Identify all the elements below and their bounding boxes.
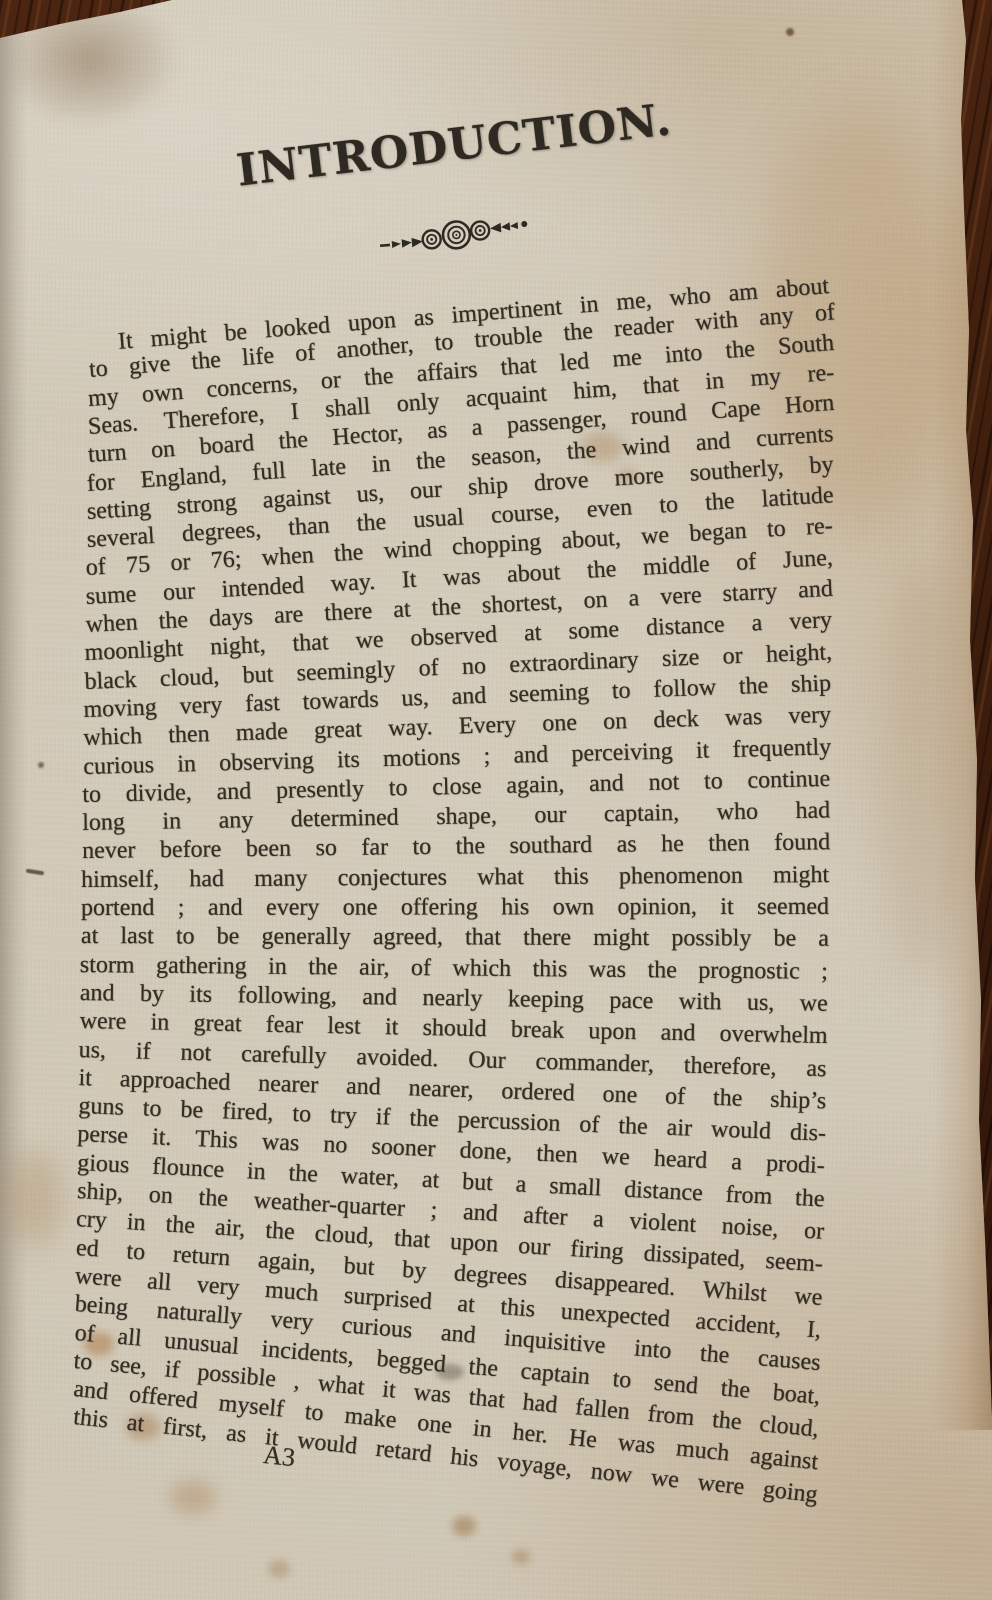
book-page: INTRODUCTION. xyxy=(0,0,992,1600)
text-line: himself, had many conjectures what this … xyxy=(81,861,829,894)
text-line: at last to be generally agreed, that the… xyxy=(81,922,829,953)
photo-of-book-page: INTRODUCTION. xyxy=(0,0,992,1600)
text-line: portend ; and every one offering his own… xyxy=(81,893,829,922)
body-text: It might be looked upon as impertinent i… xyxy=(0,0,992,1600)
